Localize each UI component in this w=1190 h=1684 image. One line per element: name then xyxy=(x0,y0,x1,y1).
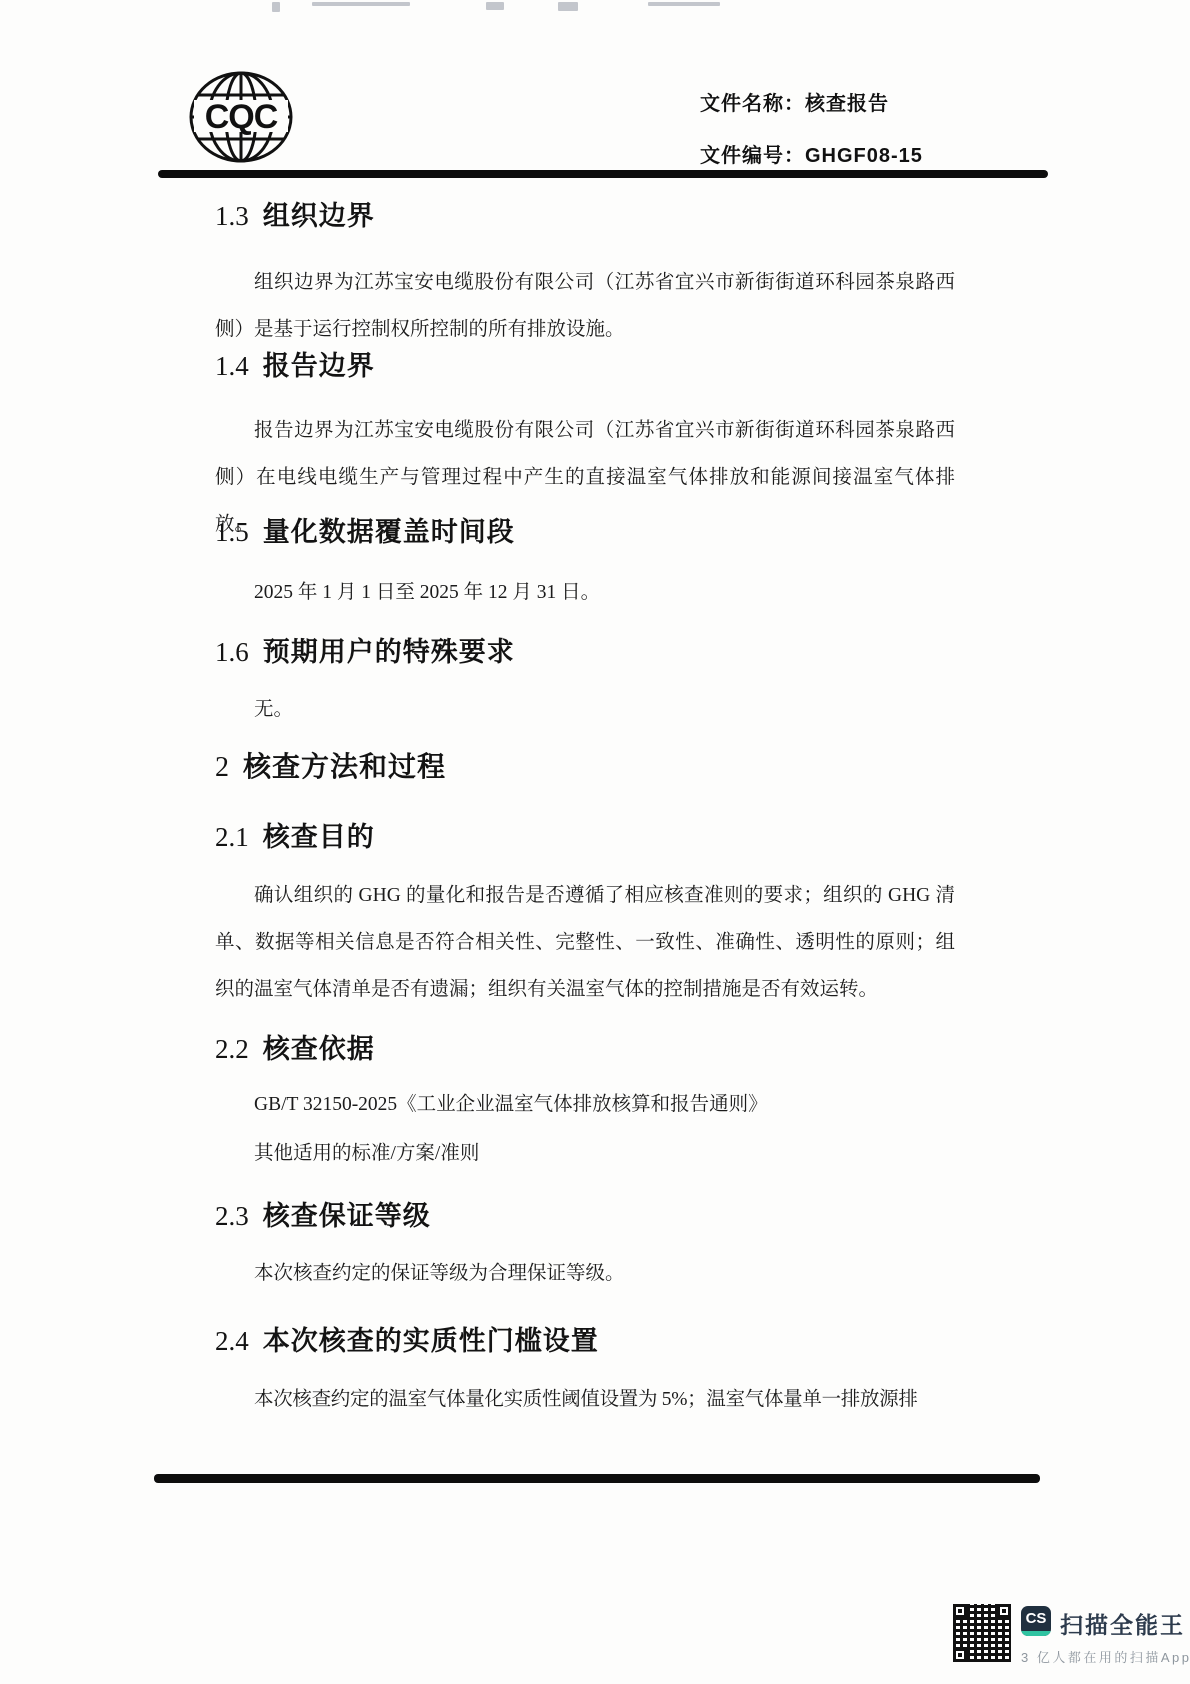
paragraph-special-requirements: 无。 xyxy=(215,695,293,725)
section-number: 2.4 xyxy=(215,1326,249,1356)
brand-tagline: 3 亿人都在用的扫描App xyxy=(1021,1647,1190,1666)
section-heading-2: 2核查方法和过程 xyxy=(215,751,446,783)
paragraph-data-period: 2025 年 1 月 1 日至 2025 年 12 月 31 日。 xyxy=(215,578,600,608)
cqc-logo-icon: CQC xyxy=(186,60,296,170)
file-number-label: 文件编号：GHGF08-15 xyxy=(700,139,1080,168)
header: CQC 文件名称：核查报告 文件编号：GHGF08-15 xyxy=(0,0,1190,180)
section-number: 1.5 xyxy=(215,517,249,547)
section-number: 1.6 xyxy=(215,637,249,667)
footer-rule xyxy=(154,1474,1040,1483)
section-heading-2-2: 2.2核查依据 xyxy=(215,1034,375,1065)
section-number: 2 xyxy=(215,752,229,783)
svg-text:CQC: CQC xyxy=(205,98,278,136)
file-name-label: 文件名称：核查报告 xyxy=(700,87,1080,116)
section-number: 2.1 xyxy=(215,822,249,852)
section-title: 核查目的 xyxy=(263,822,375,852)
section-heading-1-4: 1.4报告边界 xyxy=(215,351,375,382)
section-number: 1.3 xyxy=(215,201,249,231)
section-heading-2-3: 2.3核查保证等级 xyxy=(215,1201,431,1232)
paragraph-assurance-level: 本次核查约定的保证等级为合理保证等级。 xyxy=(215,1259,625,1289)
section-heading-1-3: 1.3组织边界 xyxy=(215,201,375,232)
section-heading-1-6: 1.6预期用户的特殊要求 xyxy=(215,637,515,668)
section-number: 2.2 xyxy=(215,1034,249,1064)
section-title: 核查保证等级 xyxy=(263,1201,431,1231)
brand-name: 扫描全能王 xyxy=(1060,1607,1185,1640)
section-title: 组织边界 xyxy=(263,201,375,231)
section-heading-2-4: 2.4本次核查的实质性门槛设置 xyxy=(215,1326,599,1357)
paragraph-criteria-other: 其他适用的标准/方案/准则 xyxy=(215,1139,479,1169)
qr-code-icon xyxy=(953,1604,1011,1662)
section-number: 2.3 xyxy=(215,1201,249,1231)
section-title: 预期用户的特殊要求 xyxy=(263,637,515,667)
section-title: 核查依据 xyxy=(263,1034,375,1064)
scanned-report-page: { "header": { "logo_text": "CQC", "file_… xyxy=(0,0,1190,1684)
paragraph-materiality-threshold: 本次核查约定的温室气体量化实质性阈值设置为 5%；温室气体量单一排放源排 xyxy=(215,1376,955,1423)
section-title: 量化数据覆盖时间段 xyxy=(263,517,515,547)
paragraph-organization-boundary: 组织边界为江苏宝安电缆股份有限公司（江苏省宜兴市新街街道环科园茶泉路西侧）是基于… xyxy=(215,259,955,353)
section-heading-2-1: 2.1核查目的 xyxy=(215,822,375,853)
cs-logo-icon: CS xyxy=(1021,1606,1051,1636)
section-heading-1-5: 1.5量化数据覆盖时间段 xyxy=(215,517,515,548)
paragraph-verification-purpose: 确认组织的 GHG 的量化和报告是否遵循了相应核查准则的要求；组织的 GHG 清… xyxy=(215,872,955,1013)
section-number: 1.4 xyxy=(215,351,249,381)
section-title: 报告边界 xyxy=(263,351,375,381)
paragraph-criteria-standard: GB/T 32150-2025《工业企业温室气体排放核算和报告通则》 xyxy=(215,1090,768,1120)
header-rule xyxy=(158,170,1048,178)
section-title: 核查方法和过程 xyxy=(243,751,446,782)
section-title: 本次核查的实质性门槛设置 xyxy=(263,1326,599,1356)
